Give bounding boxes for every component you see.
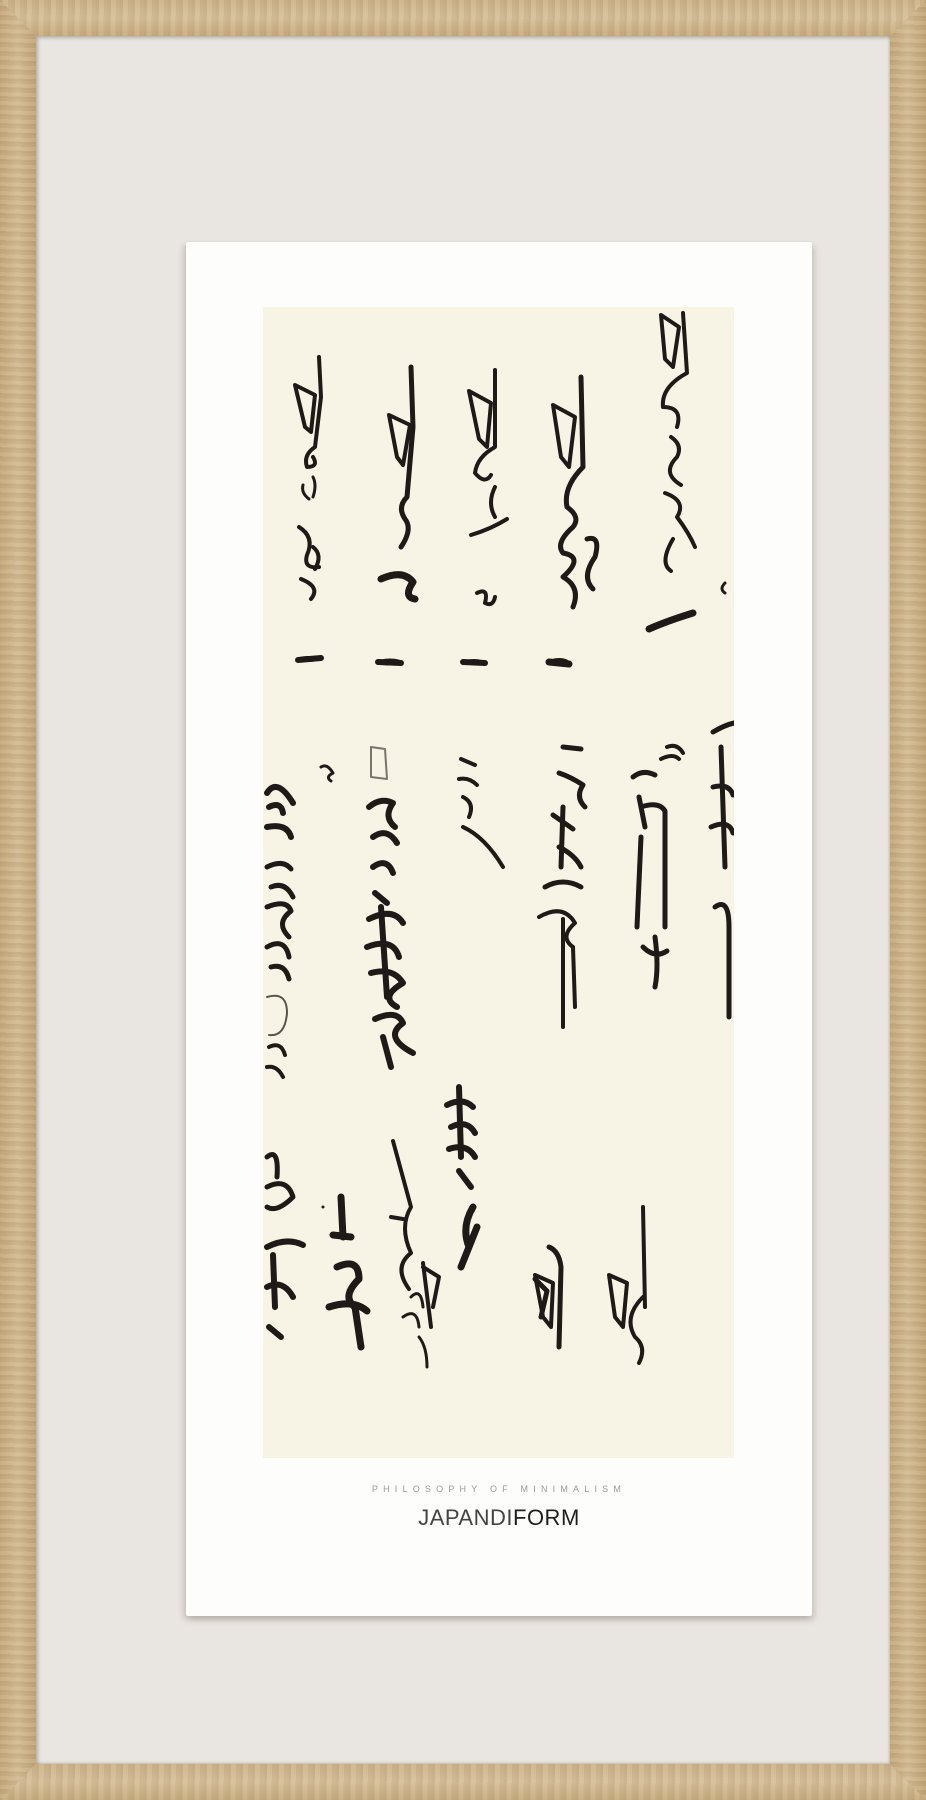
frame-right-rail [890, 0, 926, 1800]
brand-logo: JAPANDIFORM [186, 1505, 812, 1531]
brand-name-part2: FORM [513, 1505, 580, 1530]
frame-top-rail [0, 0, 926, 36]
print-paper: PHILOSOPHY OF MINIMALISM JAPANDIFORM [186, 242, 812, 1616]
brand-name-part1: JAPANDI [418, 1505, 513, 1530]
calligraphy-artwork [263, 307, 734, 1458]
calligraphy-ink-strokes [263, 307, 734, 1458]
tagline: PHILOSOPHY OF MINIMALISM [186, 1484, 812, 1494]
frame-bottom-rail [0, 1764, 926, 1800]
mat-board: PHILOSOPHY OF MINIMALISM JAPANDIFORM [36, 36, 890, 1764]
frame-left-rail [0, 0, 36, 1800]
